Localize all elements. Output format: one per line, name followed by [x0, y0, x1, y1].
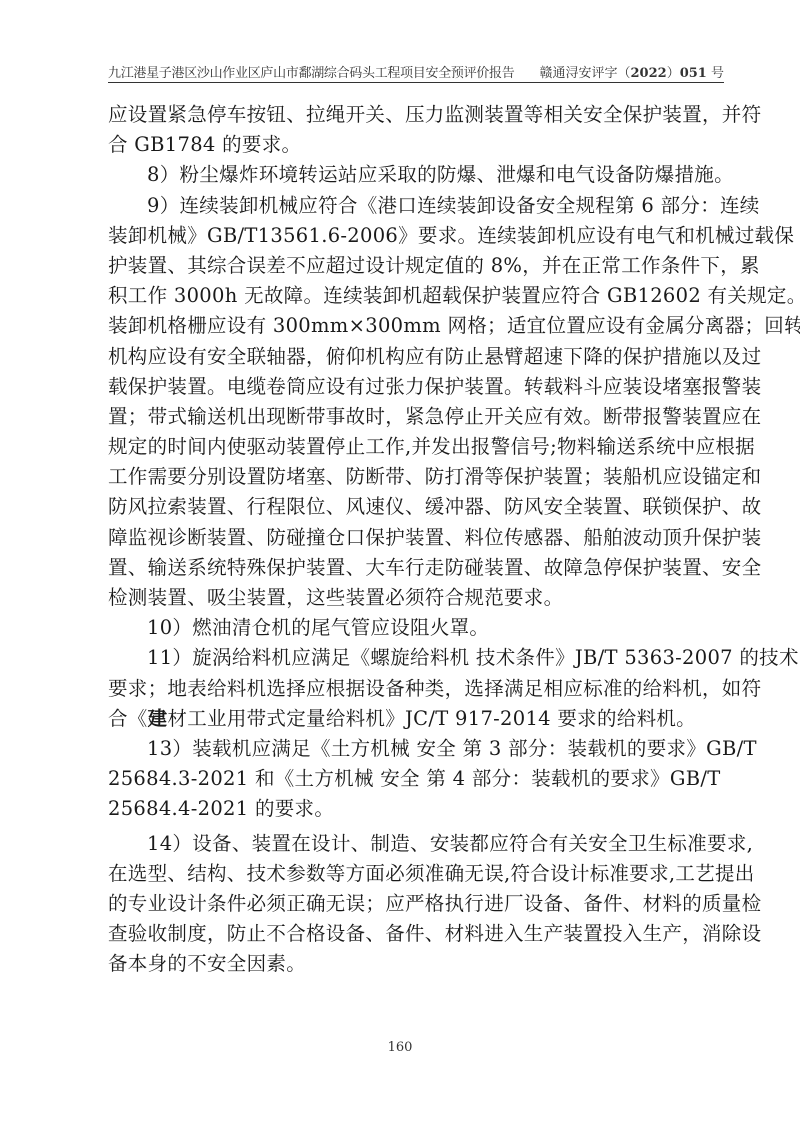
text-line: 应设置紧急停车按钮、拉绳开关、压力监测装置等相关安全保护装置，并符: [108, 100, 724, 130]
text-line: 合 GB1784 的要求。: [108, 130, 724, 160]
paragraph-block-3: 14）设备、装置在设计、制造、安装都应符合有关安全卫生标准要求,在选型、结构、技…: [108, 829, 724, 980]
text-line: 置、输送系统特殊保护装置、大车行走防碰装置、故障急停保护装置、安全: [108, 553, 724, 583]
text-line: 护装置、其综合误差不应超过设计规定值的 8%，并在正常工作条件下，累: [108, 251, 724, 281]
document-body: 应设置紧急停车按钮、拉绳开关、压力监测装置等相关安全保护装置，并符合 GB178…: [108, 100, 724, 979]
text-line: 8）粉尘爆炸环境转运站应采取的防爆、泄爆和电气设备防爆措施。: [108, 160, 724, 190]
text-line: 机构应设有安全联轴器，俯仰机构应有防止悬臂超速下降的保护措施以及过: [108, 342, 724, 372]
paragraph-block-1: 应设置紧急停车按钮、拉绳开关、压力监测装置等相关安全保护装置，并符合 GB178…: [108, 100, 724, 704]
running-header: 九江港星子港区沙山作业区庐山市鄱湖综合码头工程项目安全预评价报告 赣通浔安评字（…: [108, 62, 724, 83]
report-title: 九江港星子港区沙山作业区庐山市鄱湖综合码头工程项目安全预评价报告: [108, 62, 514, 81]
text-line: 的专业设计条件必须正确无误；应严格执行进厂设备、备件、材料的质量检: [108, 889, 724, 919]
text-line: 置；带式输送机出现断带事故时，紧急停止开关应有效。断带报警装置应在: [108, 402, 724, 432]
report-code-suffix: 号: [707, 66, 724, 81]
text-line: 工作需要分别设置防堵塞、防断带、防打滑等保护装置；装船机应设锚定和: [108, 462, 724, 492]
text-line: 备本身的不安全因素。: [108, 949, 724, 979]
text-line: 14）设备、装置在设计、制造、安装都应符合有关安全卫生标准要求,: [108, 829, 724, 859]
text-line: 10）燃油清仓机的尾气管应设阻火罩。: [108, 613, 724, 643]
text-line: 规定的时间内使驱动装置停止工作,并发出报警信号;物料输送系统中应根据: [108, 432, 724, 462]
page-number: 160: [0, 1040, 800, 1055]
report-code-number: 051: [680, 66, 707, 81]
text-line: 检测装置、吸尘装置，这些装置必须符合规范要求。: [108, 583, 724, 613]
text-line: 25684.3-2021 和《土方机械 安全 第 4 部分：装载机的要求》GB/…: [108, 764, 724, 794]
text-line: 25684.4-2021 的要求。: [108, 794, 724, 824]
text-line: 13）装载机应满足《土方机械 安全 第 3 部分：装载机的要求》GB/T: [108, 734, 724, 764]
text-line: 在选型、结构、技术参数等方面必须准确无误,符合设计标准要求,工艺提出: [108, 859, 724, 889]
text-fragment: 材工业用带式定量给料机》JC/T 917-2014 要求的给料机。: [167, 707, 696, 730]
text-line: 11）旋涡给料机应满足《螺旋给料机 技术条件》JB/T 5363-2007 的技…: [108, 643, 724, 673]
text-line: 查验收制度，防止不合格设备、备件、材料进入生产装置投入生产，消除设: [108, 919, 724, 949]
report-code-year: 2022: [631, 66, 667, 81]
report-code-bracket: ）: [667, 66, 680, 81]
text-line: 装卸机格栅应设有 300mm×300mm 网格；适宜位置应设有金属分离器；回转: [108, 311, 724, 341]
text-line: 装卸机械》GB/T13561.6-2006》要求。连续装卸机应设有电气和机械过载…: [108, 221, 724, 251]
text-line: 载保护装置。电缆卷筒应设有过张力保护装置。转载料斗应装设堵塞报警装: [108, 372, 724, 402]
text-line: 9）连续装卸机械应符合《港口连续装卸设备安全规程第 6 部分：连续: [108, 191, 724, 221]
report-code: 赣通浔安评字（2022）051 号: [540, 62, 725, 81]
text-line: 防风拉索装置、行程限位、风速仪、缓冲器、防风安全装置、联锁保护、故: [108, 492, 724, 522]
text-line-jc: 合《建材工业用带式定量给料机》JC/T 917-2014 要求的给料机。: [108, 704, 724, 734]
bold-character: 建: [148, 707, 168, 730]
report-code-prefix: 赣通浔安评字（: [540, 66, 631, 81]
text-line: 积工作 3000h 无故障。连续装卸机超载保护装置应符合 GB12602 有关规…: [108, 281, 724, 311]
paragraph-block-2: 13）装载机应满足《土方机械 安全 第 3 部分：装载机的要求》GB/T2568…: [108, 734, 724, 825]
text-fragment: 合《: [108, 707, 148, 730]
text-line: 障监视诊断装置、防碰撞仓口保护装置、料位传感器、船舶波动顶升保护装: [108, 523, 724, 553]
text-line: 要求；地表给料机选择应根据设备种类，选择满足相应标准的给料机，如符: [108, 674, 724, 704]
